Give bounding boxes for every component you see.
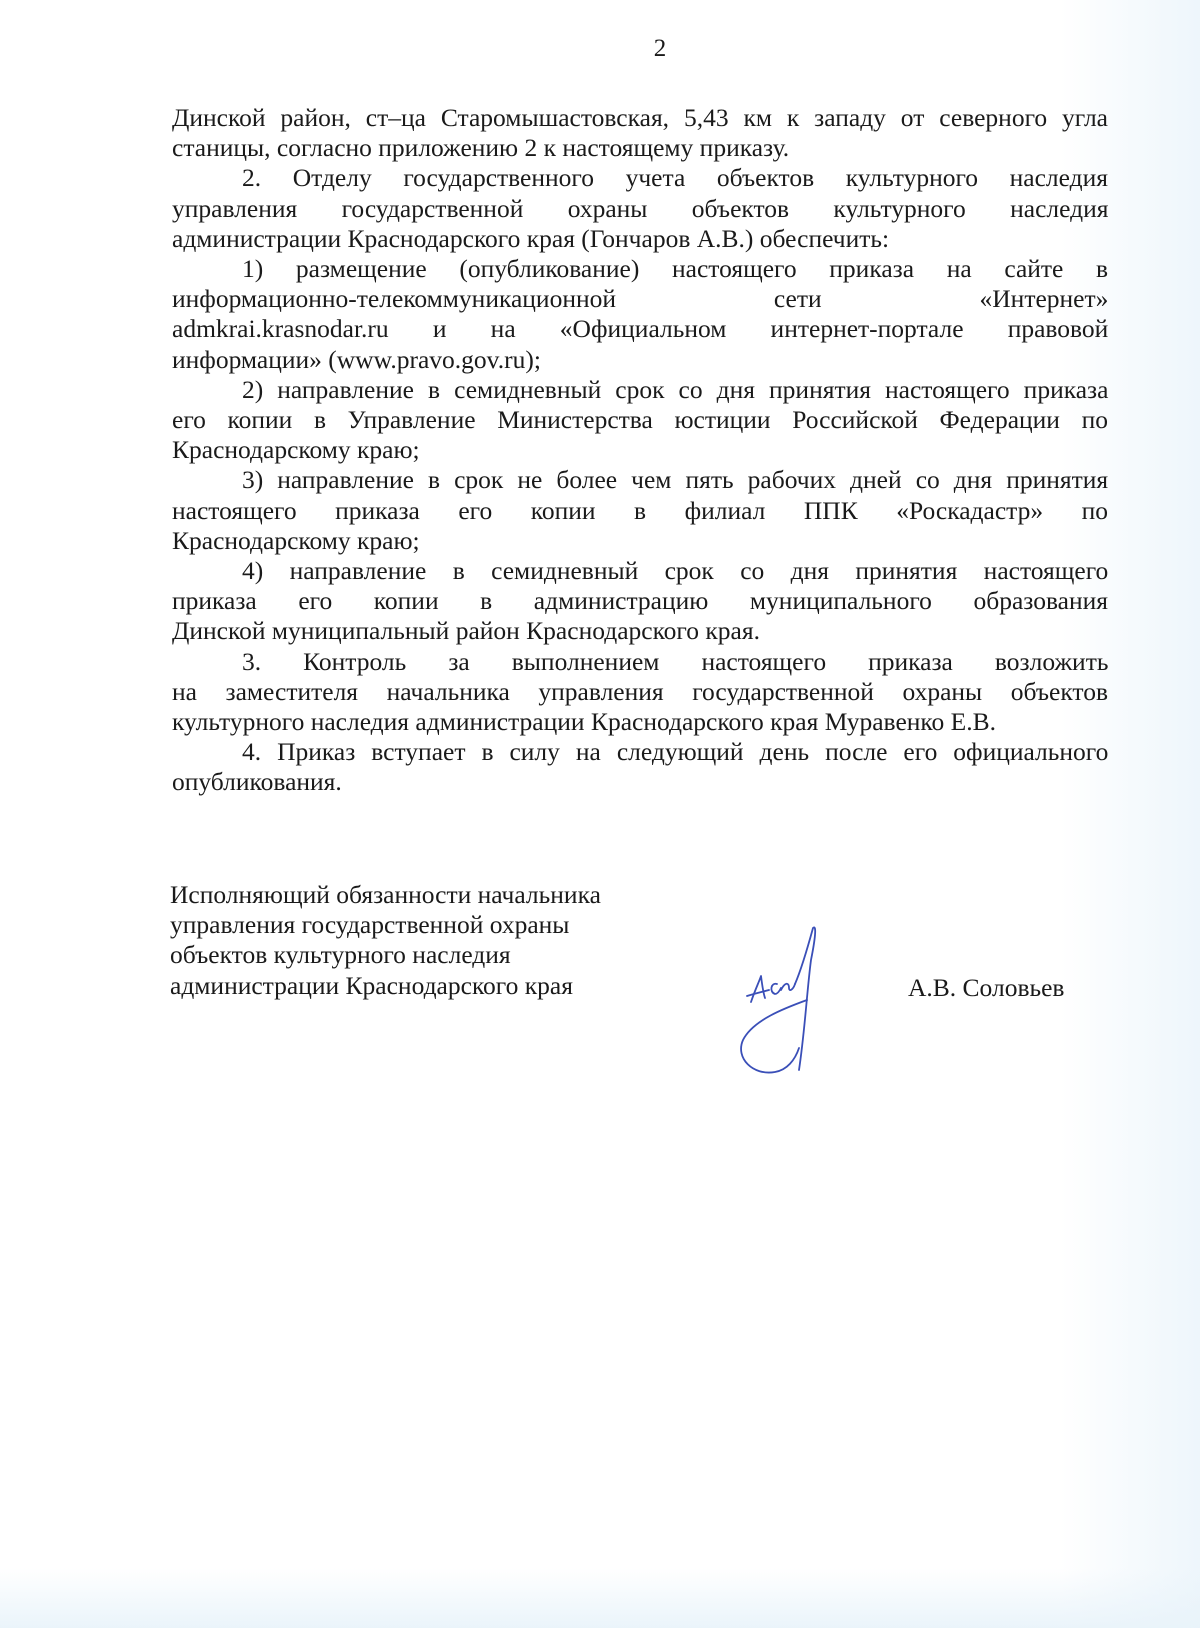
text-line: 1) размещение (опубликование) настоящего… [172, 254, 1108, 284]
text-line: admkrai.krasnodar.ru и на «Официальном и… [172, 314, 1108, 344]
text-line: его копии в Управление Министерства юсти… [172, 405, 1108, 435]
text-line: Краснодарскому краю; [172, 435, 1108, 465]
text-line: 2) направление в семидневный срок со дня… [172, 375, 1108, 405]
text-line: культурного наследия администрации Красн… [172, 707, 1108, 737]
signer-name: А.В. Соловьев [908, 973, 1064, 1003]
paragraph-subitem-1: 1) размещение (опубликование) настоящего… [172, 254, 1108, 375]
text-line: опубликования. [172, 767, 1108, 797]
position-line: объектов культурного наследия [170, 940, 650, 970]
text-line: 3. Контроль за выполнением настоящего пр… [172, 647, 1108, 677]
text-line: Динской муниципальный район Краснодарско… [172, 616, 1108, 646]
text-line: 4. Приказ вступает в силу на следующий д… [172, 737, 1108, 767]
paragraph-subitem-3: 3) направление в срок не более чем пять … [172, 465, 1108, 556]
handwritten-signature-icon [725, 920, 835, 1090]
paragraph-item-4: 4. Приказ вступает в силу на следующий д… [172, 737, 1108, 797]
signatory-position: Исполняющий обязанности начальника управ… [170, 880, 650, 1001]
text-line: администрации Краснодарского края (Гонча… [172, 224, 1108, 254]
scan-bottom-tint [0, 1568, 1200, 1628]
text-line: 4) направление в семидневный срок со дня… [172, 556, 1108, 586]
text-line: информации» (www.pravo.gov.ru); [172, 345, 1108, 375]
page-number: 2 [0, 34, 1200, 64]
text-line: 2. Отделу государственного учета объекто… [172, 163, 1108, 193]
text-line: настоящего приказа его копии в филиал ПП… [172, 496, 1108, 526]
paragraph-subitem-4: 4) направление в семидневный срок со дня… [172, 556, 1108, 647]
text-line: Краснодарскому краю; [172, 526, 1108, 556]
paragraph-item-3: 3. Контроль за выполнением настоящего пр… [172, 647, 1108, 738]
text-line: станицы, согласно приложению 2 к настоящ… [172, 133, 1108, 163]
text-line: 3) направление в срок не более чем пять … [172, 465, 1108, 495]
text-line: приказа его копии в администрацию муници… [172, 586, 1108, 616]
text-line: управления государственной охраны объект… [172, 194, 1108, 224]
document-body: Динской район, ст–ца Старомышастовская, … [172, 103, 1108, 798]
position-line: администрации Краснодарского края [170, 971, 650, 1001]
position-line: управления государственной охраны [170, 910, 650, 940]
paragraph-subitem-2: 2) направление в семидневный срок со дня… [172, 375, 1108, 466]
position-line: Исполняющий обязанности начальника [170, 880, 650, 910]
text-line: Динской район, ст–ца Старомышастовская, … [172, 103, 1108, 133]
paragraph-location: Динской район, ст–ца Старомышастовская, … [172, 103, 1108, 163]
paragraph-item-2: 2. Отделу государственного учета объекто… [172, 163, 1108, 254]
text-line: информационно-телекоммуникационной сети … [172, 284, 1108, 314]
text-line: на заместителя начальника управления гос… [172, 677, 1108, 707]
